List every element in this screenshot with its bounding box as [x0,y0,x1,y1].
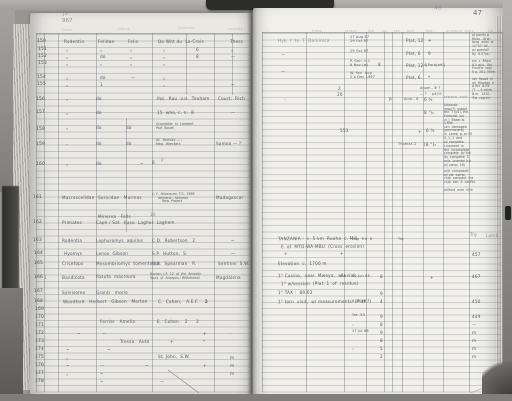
page-number-right: 47 [473,9,482,17]
column-header-pencil: Collector [178,26,195,30]
handwritten-entry: Plat, 12 [406,63,424,68]
handwritten-entry: 17 Jul 68 [352,329,369,333]
handwritten-entry: 3 [196,319,199,324]
handwritten-entry: Woodford Herbert Gibson Morton [63,299,148,305]
handwritten-entry: „ [163,75,165,80]
column-header-pencil: lect [407,29,414,33]
column-rule [262,32,263,392]
handwritten-entry: est [340,274,346,278]
handwritten-entry: ~ [140,161,144,166]
column-rule [402,32,403,392]
row-number: 156 [36,97,45,103]
handwritten-entry: — [100,363,104,368]
handwritten-entry: do [96,110,102,115]
row-number: 175 [35,355,44,361]
handwritten-entry: do [96,96,102,101]
handwritten-entry: O.B. Spearman R. [152,261,197,267]
row-number: 154 [37,75,46,81]
handwritten-entry: 8 ⁷)₂ [424,110,434,115]
column-rule [366,32,367,392]
handwritten-entry: De Witt du La-Croix [158,39,204,45]
left-margin-mark-top: JS [63,11,68,17]
handwritten-entry: p4)½ [432,92,442,96]
handwritten-entry: „ [163,61,165,66]
handwritten-entry: + [284,251,288,256]
handwritten-entry: — [231,54,235,59]
ledger-photo: OrderGenusCollectorLocality1501511521531… [0,0,512,401]
column-header-pencil: these [312,29,322,33]
row-number: 160 [36,162,45,168]
handwritten-entry: „ [66,96,68,101]
column-header-pencil: Order [62,28,73,32]
row-number: 159 [36,142,45,148]
handwritten-entry: „ [163,82,165,87]
handwritten-entry: m [230,355,234,360]
handwritten-entry: Ferrier Amelia [100,319,135,324]
handwritten-entry: „ [66,75,68,80]
handwritten-entry: Elevation c. 1700 m [278,261,327,267]
handwritten-entry: 9 [380,291,383,296]
handwritten-entry: „ [352,322,354,326]
handwritten-entry: (8 °)₂ [424,142,436,147]
column-header-pencil: Nat. [426,29,434,33]
handwritten-entry: 29 Oct 67 [350,49,368,53]
handwritten-entry: „ [100,61,102,66]
row-number: 152 [38,54,47,60]
row-number: 168 [34,299,43,305]
handwritten-entry: Soricidae Murinus [98,195,142,201]
handwritten-entry: reward east [444,95,468,99]
handwritten-entry: 8 [378,62,381,67]
handwritten-entry: 6 ¾ [426,128,435,133]
handwritten-entry: do [100,75,106,80]
handwritten-entry: * [203,339,205,344]
handwritten-entry: — ? [420,92,427,96]
handwritten-entry: Plat, 12 [406,38,424,43]
row-number: 171 [35,323,44,329]
handwritten-entry: + [418,129,422,134]
handwritten-entry: Easo Lagher Laghem [124,220,175,226]
handwritten-entry: 4 [380,299,383,304]
handwritten-entry: Felidae [98,39,114,44]
handwritten-entry: 5 [380,346,383,351]
handwritten-entry: ~ [66,347,70,352]
photo-bottom-band [0,394,512,401]
column-rule [443,32,444,392]
handwritten-entry: „ [66,125,68,130]
row-number: 161 [33,195,42,201]
book-left-bottom-shade [0,288,23,401]
handwritten-entry: Ratufa macroura [96,274,136,280]
handwritten-entry: Rodentia [62,238,82,243]
handwritten-entry: C. Cohen, A.E.F. 2 [158,299,208,305]
handwritten-entry: Sylvisorex [62,290,85,295]
handwritten-entry: Hyomys [64,251,82,256]
handwritten-entry: „ [66,82,68,87]
handwritten-entry: Grandidier nr Lambert Port Bouet [156,123,194,131]
handwritten-entry: 8 [380,338,383,343]
row-number: 176 [35,363,44,369]
handwritten-entry: TANZANIA : c. 5 km Ruaha c. Mill [278,236,358,242]
row-number: 166 [34,275,43,281]
handwritten-entry: 449 [472,314,481,319]
handwritten-entry: 450 [472,299,481,304]
handwritten-entry: m [472,346,476,351]
page-number-faint: 46 [434,5,442,12]
handwritten-entry: 8 [380,274,383,279]
handwritten-entry: 9 [428,51,431,56]
column-rule [58,33,59,392]
handwritten-entry: P. Gen n.1 6 Nov (w) [350,59,370,68]
handwritten-entry: P [161,158,164,163]
handwritten-entry: Madagascar [216,195,243,200]
handwritten-entry: do [96,141,102,146]
column-header-pencil: No 19 [488,29,502,33]
handwritten-entry: do [126,125,132,130]
handwritten-entry: Felis [128,39,138,44]
handwritten-entry: sm c Rhou 8.5 g(c), Bo- Francis saty 5 p… [472,60,495,75]
handwritten-entry: — [102,331,106,336]
handwritten-entry: 27 Aug 67 29 Oct 67 [350,35,369,44]
row-number: 174 [35,347,44,353]
handwritten-entry: 9 [380,330,383,335]
handwritten-entry: · [230,331,232,336]
photo-right-edge [503,0,512,401]
handwritten-entry: Trg [470,232,477,237]
column-rule [306,32,307,392]
handwritten-entry: C. F. Hilversum, T.S., 1966 Amherst - Se… [152,193,195,204]
column-header-pencil: rev [394,29,400,33]
handwritten-entry: P [389,97,392,102]
handwritten-entry: W. Fan Aug 2 b Dec 1967 [350,71,375,80]
handwritten-entry: + [170,339,174,344]
handwritten-entry: Minerva Falls [98,214,131,219]
handwritten-entry: „ [66,355,68,360]
handwritten-entry: ~ [77,331,81,336]
handwritten-entry: „ [66,47,68,52]
handwritten-entry: Cricetops [62,261,84,266]
handwritten-entry: E. of MTO-WA-MBU (Cross erosion) [281,244,364,250]
handwritten-entry: do [100,54,106,59]
handwritten-entry: m [472,338,476,343]
handwritten-entry: — [131,75,135,80]
handwritten-entry: 1 [100,82,103,87]
handwritten-entry: - [284,97,286,102]
row-number: 167 [34,289,43,295]
handwritten-entry: Mesembriomys tomentosus [96,261,160,267]
handwritten-entry: „ [231,47,233,52]
column-rule [344,32,345,392]
handwritten-entry: ~ [100,371,104,376]
handwritten-entry: Trd 53 [352,313,365,317]
handwritten-entry: — [160,379,164,384]
row-number: 157 [36,110,45,116]
handwritten-entry: „ [66,371,68,376]
column-header-pencil: Locality [228,27,243,31]
handwritten-entry: „ [163,54,165,59]
handwritten-entry: + [340,251,344,256]
row-number: 169 [35,307,44,313]
handwritten-entry: * [428,75,430,80]
handwritten-entry: m [230,363,234,368]
handwritten-entry: — [281,52,285,57]
handwritten-entry: „ [130,54,132,59]
handwritten-entry: — [231,110,235,115]
handwritten-entry: Plat, 6 [406,51,421,56]
row-number: 162 [33,220,42,226]
handwritten-entry: „ [66,61,68,66]
handwritten-entry: Imp Trd 8 [352,237,372,241]
row-number: 151 [38,47,47,53]
handwritten-entry: „ [352,346,354,350]
handwritten-entry: Tressa Auto [120,339,149,344]
handwritten-entry: 6 ¾ [424,97,433,102]
handwritten-entry: 8 [196,54,199,59]
handwritten-entry: „ [66,161,68,166]
handwritten-entry: Court: Rich [218,96,245,101]
handwritten-entry: Linament in the incomplete complete w/ t… [444,145,471,167]
handwritten-entry: „ [66,141,68,146]
right-edge-notch [505,206,511,220]
handwritten-entry: + [203,363,207,368]
handwritten-entry: ~ [231,82,235,87]
handwritten-entry: do [126,141,132,146]
handwritten-entry: 1° w/session (Plat. 1 of residue) [281,281,359,287]
column-rule [384,32,385,392]
row-number: 165 [34,261,43,267]
column-header-pencil: museum store [446,29,474,33]
column-rule [214,33,215,392]
handwritten-entry: milford over if/re [444,189,473,193]
handwritten-entry: Granti morio [96,290,128,295]
handwritten-entry: 16 [150,212,156,217]
handwritten-entry: Edwards map(?), subad the T (p1), the- F… [444,104,469,123]
handwritten-entry: + ? [434,86,440,90]
handwritten-entry: 20 [337,92,343,97]
column-rule [96,33,97,392]
row-number: 158 [36,127,45,133]
column-header-pencil: Genus [118,27,130,31]
row-number: 163 [33,238,42,244]
handwritten-entry: + [428,38,432,43]
handwritten-entry: Burden, J.P. 12 of the Amazon Tours of A… [150,273,201,281]
handwritten-entry: Hyb f to T Dominica [278,38,330,44]
row-number: 153 [38,61,47,67]
handwritten-entry: 553 [340,128,349,133]
handwritten-entry: St. John, S.W. [158,354,190,359]
handwritten-entry: do [96,161,102,166]
handwritten-entry: S.P. Hutton, S. [152,251,188,256]
handwritten-entry: Plat, 6. [406,75,422,80]
handwritten-entry: Trq [398,237,404,241]
row-number: 172 [35,331,44,337]
handwritten-entry: Samoa — ? [216,141,241,146]
handwritten-entry: + [430,275,434,280]
handwritten-entry: 8 Jul 68 [352,299,366,303]
column-header-pencil: testes [345,29,357,33]
handwritten-entry: 457 [472,252,481,257]
column-rule [250,33,251,392]
row-number: 150 [37,39,46,45]
handwritten-entry: 8 [380,322,383,327]
handwritten-entry: Pot. Rau v.d. Touham [157,96,209,102]
handwritten-entry: 2 [338,86,341,91]
column-header-pencil: dia [368,29,374,33]
handwritten-entry: 467 [472,274,481,279]
handwritten-entry: Magdalena [216,275,241,280]
handwritten-entry: 1° TAX : 89.63 [278,290,312,295]
handwritten-entry: 4[Para(ad)] [424,63,445,67]
handwritten-entry: 6 [152,160,155,165]
handwritten-entry: 1 69k sim damaged (permanent) in camp g,… [444,122,472,144]
handwritten-entry: 6 [196,47,199,52]
column-rule [392,32,393,392]
handwritten-entry: „ [66,110,68,115]
handwritten-entry: „ [130,47,132,52]
handwritten-entry: Anm., 8 [404,97,419,101]
handwritten-entry: + [203,331,207,336]
handwritten-entry: Bandicota [62,275,85,280]
handwritten-entry: „ [66,54,68,59]
book-cover-edge [2,186,19,296]
handwritten-entry: 1 [44,275,47,280]
handwritten-entry: ~ [66,363,70,368]
handwritten-entry: Thess [230,39,243,44]
column-header-pencil: ~ [266,29,269,33]
handwritten-entry: 2 [380,354,383,359]
handwritten-entry: ~ [231,238,235,243]
handwritten-entry: „ [100,47,102,52]
handwritten-entry: Lophuromys aquilus [96,238,143,244]
row-number: 178 [35,379,44,385]
handwritten-entry: do [96,125,102,130]
handwritten-entry: Primates [62,220,82,225]
handwritten-entry: Rodentia [64,39,84,44]
handwritten-entry: m [472,354,476,359]
handwritten-entry: 9 [380,314,383,319]
handwritten-entry: ~ [107,347,111,352]
handwritten-entry: — [281,69,285,74]
left-margin-mark: 967 [62,18,73,24]
column-header-pencil: lab [382,29,388,33]
handwritten-entry: — [472,322,476,327]
handwritten-entry: m [230,371,234,376]
handwritten-entry: ~ [100,379,104,384]
handwritten-entry: Macroscelidae [62,195,95,200]
handwritten-entry: E. Cohen 2 [157,319,188,324]
handwritten-entry: 3 [205,299,208,304]
handwritten-entry: „ [130,61,132,66]
handwritten-entry: and composed w/ cat comp. club compact m… [444,170,475,185]
handwritten-entry: C.D. Robertson 2 [152,238,195,244]
handwritten-entry: Dr. Yearsley — ; Mad. Wreckers [156,139,182,147]
handwritten-entry: at points g Rhou - 8(w) berg whol w 12°5… [472,34,494,56]
handwritten-entry: Caph / Sat [96,220,120,225]
column-rule [469,32,470,392]
handwritten-entry: sth fquad in wt Rhodge x A.Rhi 8.04' (T … [472,78,494,100]
handwritten-entry: Sentinel S.W. [218,261,250,266]
row-number: 173 [35,339,44,345]
row-number: 164 [34,251,43,257]
handwritten-entry: ~ [145,363,149,368]
handwritten-entry: Lenox Gibson [96,251,128,256]
handwritten-entry: — [231,251,235,256]
row-number: 170 [35,315,44,321]
handwritten-entry: 15 who, c. n. 8 [157,110,194,116]
handwritten-entry: 10 Jun 68 [352,274,370,278]
handwritten-entry: „ [163,47,165,52]
handwritten-entry: Thomas-2 [398,142,416,146]
handwritten-entry: m [472,330,476,335]
row-number: 155 [37,82,46,88]
row-number: 177 [35,371,44,377]
